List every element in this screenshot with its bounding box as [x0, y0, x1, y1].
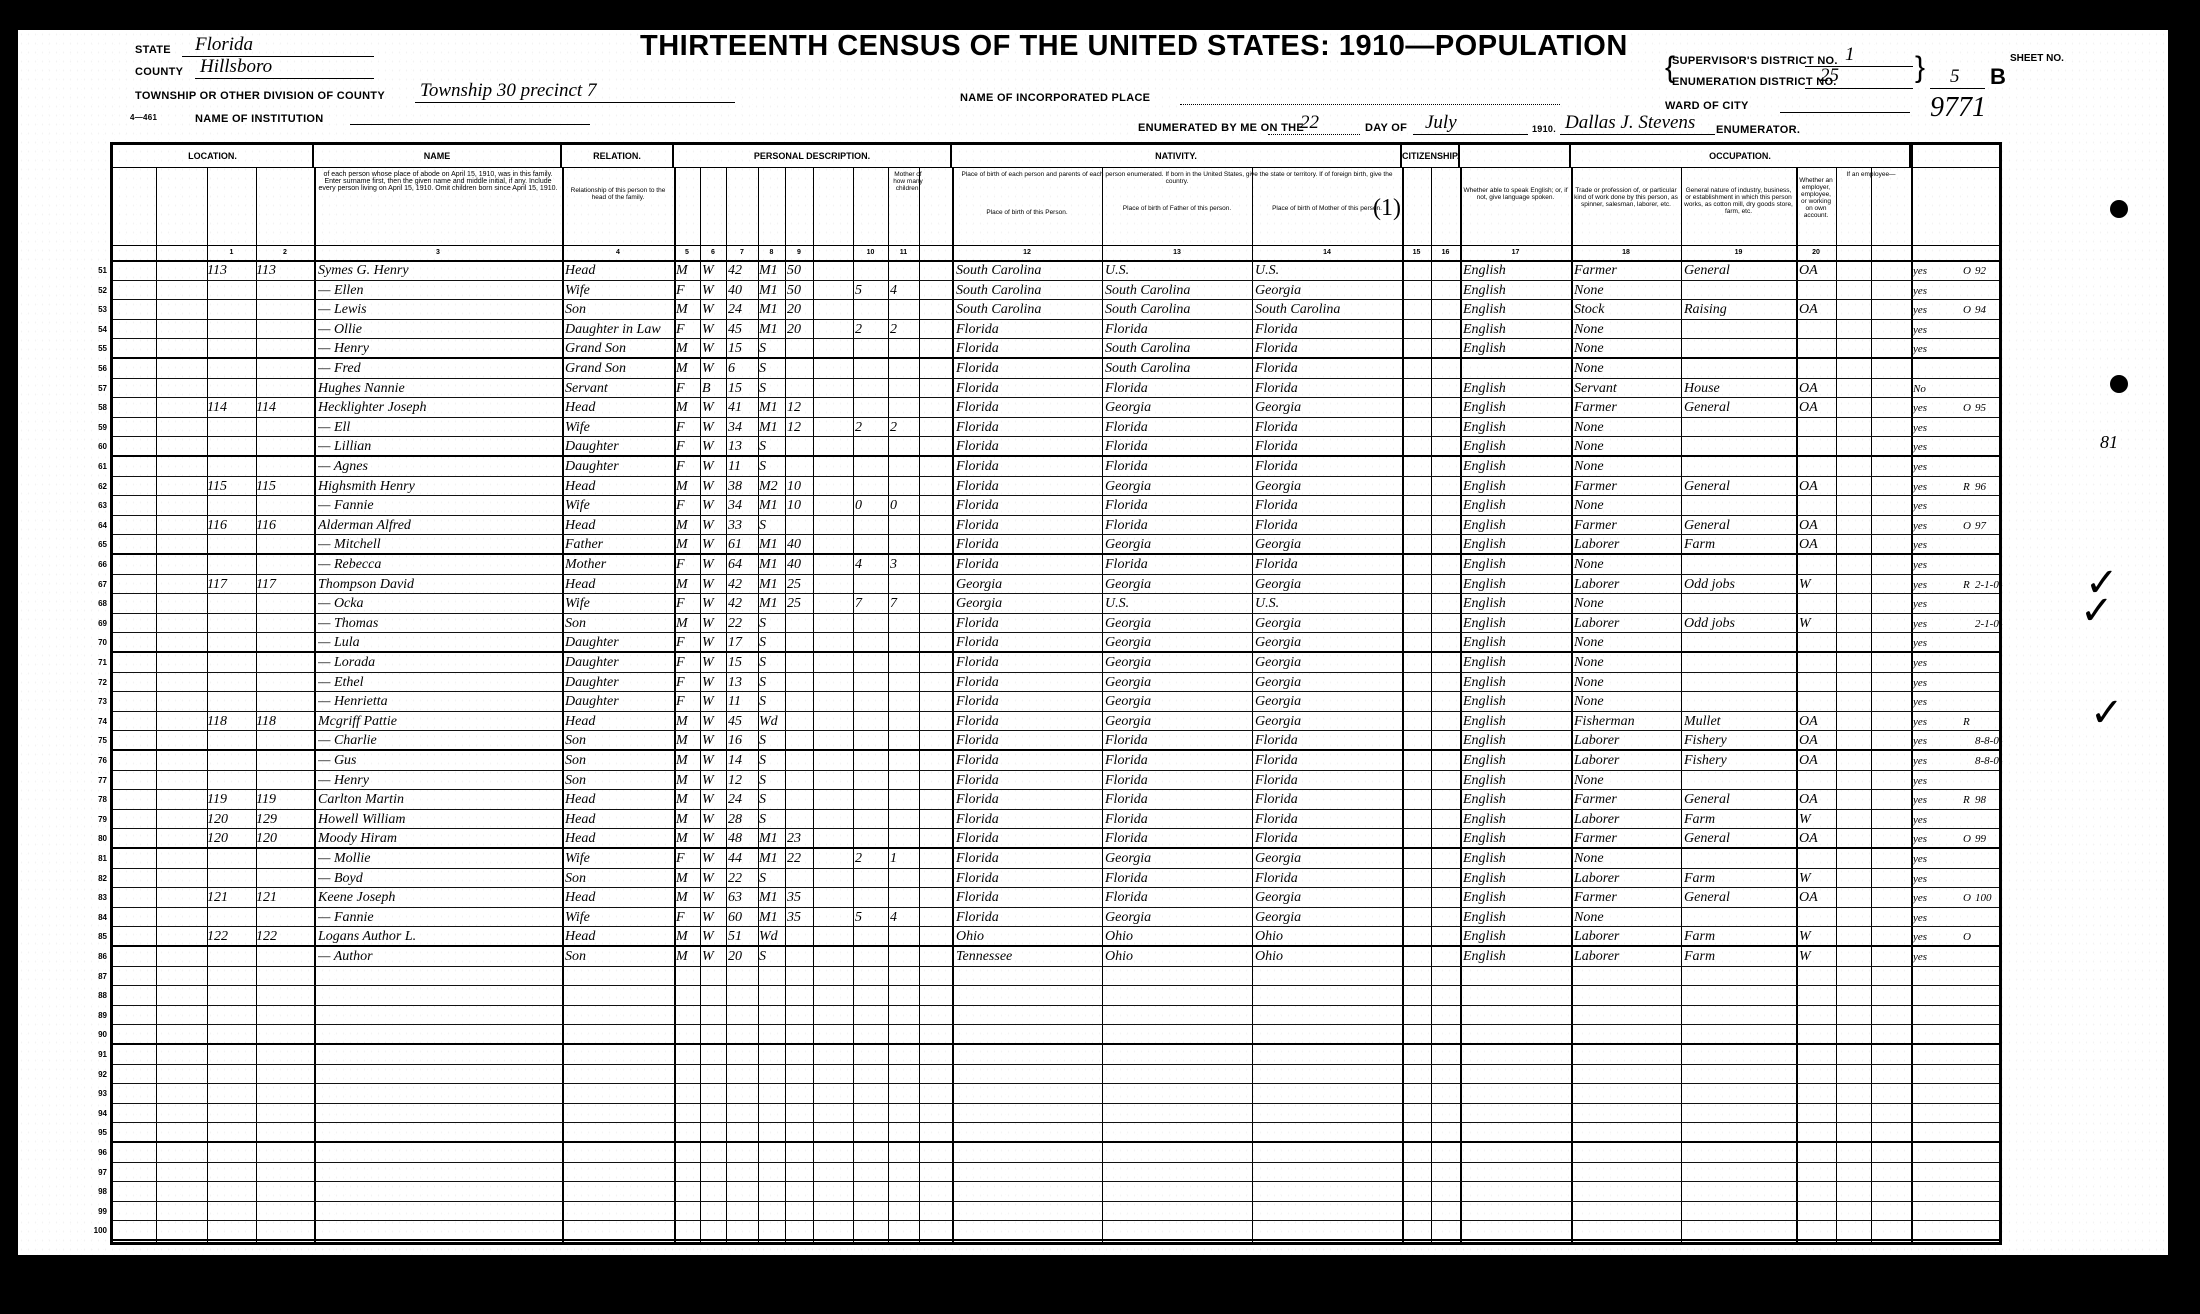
cell-children-born: [855, 1202, 888, 1222]
table-row: 87: [113, 967, 1999, 987]
cell-relation: Head: [565, 477, 674, 497]
cell-sex: [676, 1045, 700, 1065]
cell-birth-father: South Carolina: [1105, 281, 1252, 301]
line-number: 78: [83, 790, 107, 810]
cell-years-married: [787, 927, 813, 947]
cell-sex: F: [676, 673, 700, 693]
line-number: 55: [83, 339, 107, 359]
cell-years-married: [787, 1084, 813, 1104]
cell-family: 113: [256, 261, 314, 281]
cell-marital: S: [759, 359, 785, 379]
cell-family: [256, 418, 314, 438]
cell-sex: M: [676, 771, 700, 791]
cell-language: English: [1463, 575, 1571, 595]
cell-years-married: 35: [787, 908, 813, 928]
col-num-3: 3: [314, 246, 562, 260]
table-row: 86— AuthorSonMW20STennesseeOhioOhioEngli…: [113, 947, 1999, 967]
cell-name: — Rebecca: [318, 555, 562, 575]
cell-industry: General: [1684, 398, 1796, 418]
right-brace: }: [1915, 46, 1925, 90]
cell-read: yes: [1913, 790, 1958, 810]
cell-trade: [1574, 986, 1681, 1006]
table-row: 92: [113, 1065, 1999, 1085]
cell-language: English: [1463, 829, 1571, 849]
table-row: 63— FannieWifeFW34M11000FloridaFloridaFl…: [113, 496, 1999, 516]
cell-years-married: 12: [787, 418, 813, 438]
line-number: 68: [83, 594, 107, 614]
cell-read: yes: [1913, 653, 1958, 673]
cell-years-married: [787, 1202, 813, 1222]
cell-birth-person: Florida: [956, 653, 1102, 673]
cell-trade: Stock: [1574, 300, 1681, 320]
cell-language: English: [1463, 477, 1571, 497]
col-num-15: 15: [1402, 246, 1431, 260]
table-row: 83121121Keene JosephHeadMW63M135FloridaF…: [113, 888, 1999, 908]
cell-language: [1463, 986, 1571, 1006]
cell-language: English: [1463, 594, 1571, 614]
cell-employer: OA: [1799, 535, 1836, 555]
cell-language: English: [1463, 947, 1571, 967]
cell-birth-father: Georgia: [1105, 575, 1252, 595]
cell-family: [256, 1182, 314, 1202]
cell-dwelling: [207, 1143, 256, 1163]
cell-employer: [1799, 437, 1836, 457]
table-row: 95: [113, 1123, 1999, 1143]
cell-industry: [1684, 1143, 1796, 1163]
cell-schedule: 96: [1975, 477, 2003, 497]
cell-birth-father: South Carolina: [1105, 300, 1252, 320]
cell-birth-father: Georgia: [1105, 692, 1252, 712]
cell-read: [1913, 1045, 1958, 1065]
table-row: 67117117Thompson DavidHeadMW42M125Georgi…: [113, 575, 1999, 595]
cell-birth-person: Ohio: [956, 927, 1102, 947]
line-number: 75: [83, 731, 107, 751]
cell-family: 120: [256, 829, 314, 849]
cell-sex: M: [676, 731, 700, 751]
group-occupation: OCCUPATION.: [1571, 145, 1911, 167]
incorporated-place-label: NAME OF INCORPORATED PLACE: [960, 92, 1150, 104]
cell-read: yes: [1913, 496, 1958, 516]
cell-birth-father: Georgia: [1105, 477, 1252, 497]
cell-children-born: [855, 1006, 888, 1026]
cell-dwelling: [207, 614, 256, 634]
cell-industry: Odd jobs: [1684, 575, 1796, 595]
cell-marital: M1: [759, 575, 785, 595]
cell-language: English: [1463, 692, 1571, 712]
cell-dwelling: [207, 1123, 256, 1143]
cell-relation: Head: [565, 790, 674, 810]
cell-family: [256, 300, 314, 320]
cell-age: 6: [728, 359, 758, 379]
cell-trade: [1574, 1143, 1681, 1163]
cell-language: English: [1463, 771, 1571, 791]
enumerated-label: ENUMERATED BY ME ON THE: [1138, 122, 1304, 134]
cell-family: [256, 673, 314, 693]
cell-sex: [676, 1006, 700, 1026]
cell-years-married: 12: [787, 398, 813, 418]
cell-dwelling: [207, 692, 256, 712]
cell-years-married: [787, 986, 813, 1006]
cell-age: 13: [728, 673, 758, 693]
cell-schedule: [1975, 457, 2003, 477]
cell-name: [318, 1143, 562, 1163]
department-heading: DEPARTMENT OF COMMERCE AND LABOR—BUREAU …: [780, 14, 1327, 31]
cell-family: [256, 986, 314, 1006]
cell-family: [256, 496, 314, 516]
cell-dwelling: [207, 359, 256, 379]
cell-language: [1463, 1163, 1571, 1183]
cell-birth-mother: Florida: [1255, 418, 1402, 438]
cell-industry: Farm: [1684, 927, 1796, 947]
cell-industry: [1684, 1221, 1796, 1241]
cell-family: [256, 1045, 314, 1065]
cell-relation: Mother: [565, 555, 674, 575]
page-title: THIRTEENTH CENSUS OF THE UNITED STATES: …: [640, 30, 1628, 63]
cell-name: — Thomas: [318, 614, 562, 634]
check-mark-icon: ✓: [2090, 690, 2124, 736]
cell-read: yes: [1913, 261, 1958, 281]
cell-schedule: [1975, 947, 2003, 967]
cell-sex: F: [676, 849, 700, 869]
cell-language: [1463, 1006, 1571, 1026]
cell-years-married: [787, 947, 813, 967]
cell-years-married: [787, 1006, 813, 1026]
cell-sex: M: [676, 300, 700, 320]
cell-relation: Son: [565, 731, 674, 751]
table-row: 99: [113, 1202, 1999, 1222]
cell-children-born: [855, 673, 888, 693]
cell-trade: None: [1574, 594, 1681, 614]
cell-family: [256, 320, 314, 340]
cell-industry: [1684, 496, 1796, 516]
township-underline: [415, 102, 735, 103]
cell-birth-person: Florida: [956, 908, 1102, 928]
cell-race: W: [702, 731, 726, 751]
cell-birth-person: [956, 1025, 1102, 1045]
cell-name: — Fannie: [318, 496, 562, 516]
cell-marital: M1: [759, 594, 785, 614]
cell-family: [256, 339, 314, 359]
cell-trade: Servant: [1574, 379, 1681, 399]
cell-children-living: [890, 692, 919, 712]
cell-children-born: [855, 477, 888, 497]
cell-birth-mother: Ohio: [1255, 927, 1402, 947]
cell-birth-mother: Florida: [1255, 869, 1402, 889]
cell-read: yes: [1913, 614, 1958, 634]
cell-schedule: [1975, 1006, 2003, 1026]
cell-sex: M: [676, 888, 700, 908]
cell-family: [256, 457, 314, 477]
cell-birth-person: [956, 1065, 1102, 1085]
cell-name: [318, 1182, 562, 1202]
cell-schedule: 8-8-0-0: [1975, 751, 2003, 771]
cell-dwelling: [207, 535, 256, 555]
cell-children-born: 5: [855, 908, 888, 928]
cell-industry: [1684, 849, 1796, 869]
cell-race: W: [702, 418, 726, 438]
cell-age: [728, 1221, 758, 1241]
cell-birth-mother: Florida: [1255, 829, 1402, 849]
cell-race: [702, 1163, 726, 1183]
table-row: 54— OllieDaughter in LawFW45M12022Florid…: [113, 320, 1999, 340]
table-row: 55— HenryGrand SonMW15SFloridaSouth Caro…: [113, 339, 1999, 359]
cell-trade: None: [1574, 320, 1681, 340]
cell-birth-father: [1105, 1104, 1252, 1124]
cell-schedule: [1975, 1221, 2003, 1241]
table-row: 85122122Logans Author L.HeadMW51WdOhioOh…: [113, 927, 1999, 947]
cell-birth-person: [956, 1084, 1102, 1104]
cell-birth-person: [956, 1202, 1102, 1222]
cell-birth-mother: [1255, 1163, 1402, 1183]
cell-name: — Henrietta: [318, 692, 562, 712]
cell-race: W: [702, 477, 726, 497]
cell-employer: OA: [1799, 261, 1836, 281]
cell-children-born: [855, 535, 888, 555]
cell-language: English: [1463, 869, 1571, 889]
cell-read: yes: [1913, 673, 1958, 693]
cell-age: 51: [728, 927, 758, 947]
table-row: 80120120Moody HiramHeadMW48M123FloridaFl…: [113, 829, 1999, 849]
cell-name: — Lula: [318, 633, 562, 653]
cell-language: English: [1463, 555, 1571, 575]
cell-race: [702, 1006, 726, 1026]
cell-industry: Raising: [1684, 300, 1796, 320]
cell-birth-mother: Florida: [1255, 810, 1402, 830]
cell-age: 48: [728, 829, 758, 849]
cell-trade: Fisherman: [1574, 712, 1681, 732]
column-group-row: LOCATION. NAME RELATION. PERSONAL DESCRI…: [113, 145, 1999, 168]
cell-sex: [676, 1084, 700, 1104]
cell-birth-person: Florida: [956, 633, 1102, 653]
cell-years-married: [787, 1143, 813, 1163]
cell-dwelling: [207, 1163, 256, 1183]
cell-industry: Fishery: [1684, 731, 1796, 751]
cell-sex: F: [676, 379, 700, 399]
day-of-label: DAY OF: [1365, 122, 1407, 134]
cell-industry: Farm: [1684, 810, 1796, 830]
cell-read: yes: [1913, 712, 1958, 732]
cell-schedule: [1975, 1182, 2003, 1202]
cell-age: [728, 1045, 758, 1065]
cell-industry: General: [1684, 516, 1796, 536]
enumeration-district-value: 25: [1820, 65, 1839, 87]
cell-children-living: [890, 477, 919, 497]
cell-children-born: [855, 751, 888, 771]
cell-relation: Head: [565, 398, 674, 418]
cell-children-born: [855, 516, 888, 536]
cell-race: W: [702, 614, 726, 634]
institution-label: NAME OF INSTITUTION: [195, 113, 324, 125]
cell-language: English: [1463, 398, 1571, 418]
cell-birth-father: [1105, 1006, 1252, 1026]
cell-race: W: [702, 320, 726, 340]
cell-marital: M1: [759, 418, 785, 438]
cell-children-living: [890, 437, 919, 457]
cell-years-married: [787, 516, 813, 536]
cell-age: 22: [728, 614, 758, 634]
cell-birth-father: Georgia: [1105, 535, 1252, 555]
cell-birth-mother: U.S.: [1255, 261, 1402, 281]
cell-employer: W: [1799, 869, 1836, 889]
cell-read: [1913, 1006, 1958, 1026]
cell-birth-person: Florida: [956, 359, 1102, 379]
table-row: 88: [113, 986, 1999, 1006]
cell-race: W: [702, 457, 726, 477]
cell-sex: M: [676, 947, 700, 967]
cell-family: [256, 731, 314, 751]
cell-birth-mother: Florida: [1255, 496, 1402, 516]
cell-dwelling: [207, 967, 256, 987]
table-row: 77— HenrySonMW12SFloridaFloridaFloridaEn…: [113, 771, 1999, 791]
cell-dwelling: 121: [207, 888, 256, 908]
cell-children-born: 7: [855, 594, 888, 614]
cell-birth-mother: [1255, 1006, 1402, 1026]
cell-employer: [1799, 1045, 1836, 1065]
cell-family: 117: [256, 575, 314, 595]
table-row: 68— OckaWifeFW42M12577GeorgiaU.S.U.S.Eng…: [113, 594, 1999, 614]
cell-age: 15: [728, 379, 758, 399]
cell-dwelling: [207, 496, 256, 516]
cell-birth-person: Florida: [956, 614, 1102, 634]
cell-age: [728, 1182, 758, 1202]
cell-schedule: 100: [1975, 888, 2003, 908]
cell-trade: None: [1574, 908, 1681, 928]
cell-read: yes: [1913, 320, 1958, 340]
col-num-16: 16: [1431, 246, 1460, 260]
cell-family: [256, 692, 314, 712]
cell-birth-person: Florida: [956, 555, 1102, 575]
cell-industry: [1684, 1123, 1796, 1143]
cell-name: Logans Author L.: [318, 927, 562, 947]
cell-name: Howell William: [318, 810, 562, 830]
cell-language: [1463, 1025, 1571, 1045]
cell-age: 63: [728, 888, 758, 908]
cell-marital: Wd: [759, 927, 785, 947]
cell-sex: F: [676, 908, 700, 928]
cell-trade: Laborer: [1574, 869, 1681, 889]
cell-birth-mother: [1255, 1045, 1402, 1065]
cell-years-married: 22: [787, 849, 813, 869]
month-underline: [1413, 134, 1528, 135]
cell-family: [256, 437, 314, 457]
cell-birth-father: U.S.: [1105, 594, 1252, 614]
cell-years-married: [787, 751, 813, 771]
cell-children-living: [890, 731, 919, 751]
cell-trade: None: [1574, 692, 1681, 712]
left-brace: {: [1665, 46, 1675, 90]
cell-name: — Ellen: [318, 281, 562, 301]
cell-age: 11: [728, 457, 758, 477]
institution-underline: [350, 124, 590, 125]
cell-race: W: [702, 300, 726, 320]
cell-family: [256, 771, 314, 791]
cell-language: English: [1463, 810, 1571, 830]
township-value: Township 30 precinct 7: [420, 80, 596, 102]
cell-dwelling: [207, 947, 256, 967]
cell-industry: [1684, 1025, 1796, 1045]
cell-children-born: [855, 1182, 888, 1202]
cell-relation: Head: [565, 888, 674, 908]
cell-employer: [1799, 1084, 1836, 1104]
cell-age: [728, 1202, 758, 1222]
table-row: 51113113Symes G. HenryHeadMW42M150South …: [113, 261, 1999, 281]
cell-birth-father: [1105, 1065, 1252, 1085]
cell-name: — Henry: [318, 339, 562, 359]
cell-schedule: [1975, 653, 2003, 673]
cell-industry: [1684, 673, 1796, 693]
cell-industry: General: [1684, 477, 1796, 497]
cell-age: 20: [728, 947, 758, 967]
line-number: 53: [83, 300, 107, 320]
cell-employer: OA: [1799, 516, 1836, 536]
cell-language: English: [1463, 300, 1571, 320]
cell-language: [1463, 1104, 1571, 1124]
cell-sex: M: [676, 261, 700, 281]
cell-employer: [1799, 1065, 1836, 1085]
cell-birth-person: Florida: [956, 496, 1102, 516]
cell-name: Hughes Nannie: [318, 379, 562, 399]
cell-sex: [676, 1182, 700, 1202]
ward-underline: [1780, 112, 1910, 113]
cell-birth-father: Georgia: [1105, 633, 1252, 653]
cell-trade: [1574, 1104, 1681, 1124]
cell-relation: [565, 1045, 674, 1065]
cell-birth-father: Florida: [1105, 379, 1252, 399]
cell-employer: [1799, 967, 1836, 987]
enumeration-underline: [1805, 88, 1913, 89]
cell-marital: [759, 967, 785, 987]
cell-birth-person: Florida: [956, 320, 1102, 340]
cell-marital: Wd: [759, 712, 785, 732]
cell-relation: [565, 1104, 674, 1124]
enumerator-underline: [1560, 134, 1715, 135]
cell-relation: Daughter: [565, 437, 674, 457]
cell-birth-father: Georgia: [1105, 614, 1252, 634]
cell-schedule: [1975, 1104, 2003, 1124]
sheet-number-label: SHEET NO.: [2010, 53, 2064, 64]
cell-schedule: [1975, 633, 2003, 653]
township-label: TOWNSHIP OR OTHER DIVISION OF COUNTY: [135, 90, 385, 102]
cell-industry: [1684, 1104, 1796, 1124]
cell-race: W: [702, 888, 726, 908]
cell-race: [702, 1182, 726, 1202]
cell-dwelling: 115: [207, 477, 256, 497]
cell-trade: None: [1574, 457, 1681, 477]
cell-trade: [1574, 1045, 1681, 1065]
cell-employer: W: [1799, 947, 1836, 967]
cell-age: 44: [728, 849, 758, 869]
cell-family: [256, 1123, 314, 1143]
cell-family: [256, 281, 314, 301]
line-number: 79: [83, 810, 107, 830]
cell-children-living: [890, 927, 919, 947]
cell-race: [702, 967, 726, 987]
cell-children-living: [890, 359, 919, 379]
cell-birth-mother: Florida: [1255, 359, 1402, 379]
cell-age: [728, 1006, 758, 1026]
cell-industry: [1684, 437, 1796, 457]
cell-birth-mother: Florida: [1255, 457, 1402, 477]
cell-dwelling: [207, 320, 256, 340]
cell-industry: Fishery: [1684, 751, 1796, 771]
cell-dwelling: 122: [207, 927, 256, 947]
cell-children-living: [890, 947, 919, 967]
cell-marital: [759, 1123, 785, 1143]
cell-birth-mother: Florida: [1255, 379, 1402, 399]
cell-relation: [565, 1084, 674, 1104]
cell-name: [318, 986, 562, 1006]
line-number: 59: [83, 418, 107, 438]
